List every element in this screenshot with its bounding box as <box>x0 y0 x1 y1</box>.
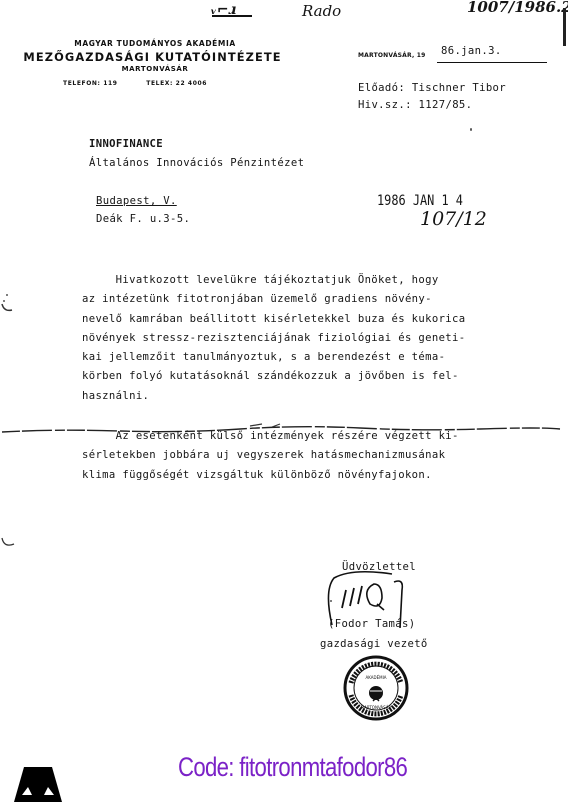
handwritten-underline <box>212 15 252 17</box>
date-underline <box>437 62 547 63</box>
received-stamp-number: 107/12 <box>420 208 487 230</box>
body-line: kai jellemzőit tanulmányoztuk, s a beren… <box>82 348 466 367</box>
reference-number: Hiv.sz.: 1127/85. <box>358 99 472 111</box>
body-line: nevelő kamrában beállitott kisérletekkel… <box>82 310 466 329</box>
body-paragraph-1: Hivatkozott levelükre tájékoztatjuk Önök… <box>82 271 466 406</box>
body-line: klima függőségét vizsgáltuk különböző nö… <box>82 466 459 485</box>
letterhead-academy: MAGYAR TUDOMÁNYOS AKADÉMIA <box>50 39 260 48</box>
recipient-city: Budapest, V. <box>96 195 177 207</box>
svg-text:AKADÉMIA: AKADÉMIA <box>366 675 387 680</box>
registration-number: 1007/1986.29 <box>467 0 568 16</box>
letterhead-city: MARTONVÁSÁR <box>50 65 260 73</box>
body-line: Az esetenként külső intézmények részére … <box>82 427 459 446</box>
body-line: az intézetünk fitotronjában üzemelő grad… <box>82 290 466 309</box>
body-line: Hivatkozott levelükre tájékoztatjuk Önök… <box>82 271 466 290</box>
footer-code: Code: fitotronmtafodor86 <box>178 752 407 783</box>
punch-hole-mark <box>0 290 16 320</box>
punch-hole-mark <box>0 536 20 552</box>
letterhead-contacts: TELEFON: 119 TELEX: 22 4006 <box>63 80 233 87</box>
signer-name: (Fodor Tamás) <box>328 618 415 630</box>
body-line: használni. <box>82 387 466 406</box>
signer-title: gazdasági vezető <box>320 638 428 650</box>
body-line: növények stressz-rezisztenciájának fizio… <box>82 329 466 348</box>
recipient-street: Deák F. u.3-5. <box>96 213 190 225</box>
body-line: sérletekben jobbára uj vegyszerek hatásm… <box>82 446 459 465</box>
letterhead-telex: TELEX: 22 4006 <box>146 80 207 87</box>
letter-date: 86.jan.3. <box>441 45 502 57</box>
official-seal: AKADÉMIA MARTONVÁSÁR <box>343 655 409 721</box>
recipient-org: Általános Innovációs Pénzintézet <box>89 157 304 169</box>
svg-text:MARTONVÁSÁR: MARTONVÁSÁR <box>361 705 392 710</box>
recipient-name: INNOFINANCE <box>89 138 163 150</box>
logo-icon <box>14 767 62 802</box>
scan-edge <box>563 8 566 46</box>
letterhead-phone: TELEFON: 119 <box>63 80 118 87</box>
body-paragraph-2: Az esetenként külső intézmények részére … <box>82 427 459 485</box>
body-line: körben folyó kutatásoknál szándékozzuk a… <box>82 367 466 386</box>
handwritten-name: Rado <box>302 2 341 20</box>
handler: Előadó: Tischner Tibor <box>358 82 506 94</box>
place-label: MARTONVÁSÁR, 19 <box>358 52 425 59</box>
received-stamp-date: 1986 JAN 1 4 <box>377 193 463 209</box>
letterhead-institute: MEZŐGAZDASÁGI KUTATÓINTÉZETE <box>10 50 295 64</box>
